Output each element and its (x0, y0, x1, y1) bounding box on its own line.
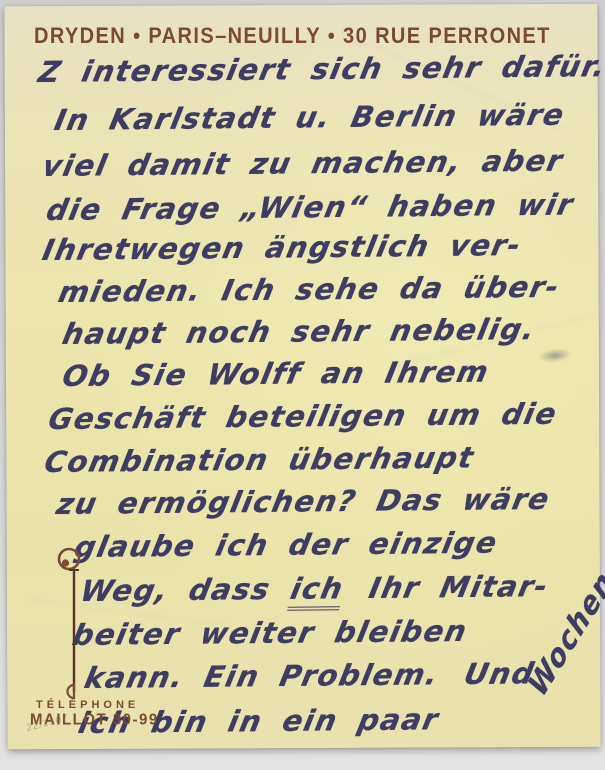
line13-post: Ihr Mitar- (366, 569, 552, 605)
handwriting-line-2: In Karlstadt u. Berlin wäre (52, 101, 567, 135)
telephone-label: TÉLÉPHONE (36, 699, 139, 711)
handwriting-line-7: haupt noch sehr nebelig. (60, 315, 538, 349)
telephone-ornament-icon (50, 544, 100, 704)
handwriting-line-14: beiter weiter bleiben (70, 617, 470, 650)
handwriting-line-5: Ihretwegen ängstlich ver- (40, 231, 524, 265)
handwriting-line-4: die Frage „Wien“ haben wir (44, 190, 576, 225)
handwriting-line-9: Geschäft beteiligen um die (46, 400, 560, 434)
handwriting-line-6: mieden. Ich sehe da über- (56, 273, 562, 307)
line13-pre: Weg, dass (78, 572, 295, 608)
handwriting-line-1: Z interessiert sich sehr dafür. (36, 52, 605, 87)
letterhead-text: DRYDEN • PARIS–NEUILLY • 30 RUE PERRONET (34, 24, 594, 50)
line13-underlined-word: ich (287, 571, 347, 611)
handwriting-line-11: zu ermöglichen? Das wäre (54, 485, 553, 519)
handwriting-line-8: Ob Sie Wolff an Ihrem (60, 358, 492, 391)
handwriting-line-3: viel damit zu machen, aber (40, 147, 566, 181)
handwriting-line-12: glaube ich der einzige (72, 529, 500, 562)
handwriting-line-10: Combination überhaupt (42, 444, 477, 477)
handwriting-line-15: kann. Ein Problem.Und (82, 659, 537, 693)
handwriting-line-13: Weg, dass ichIhr Mitar- (78, 572, 551, 606)
line15-main: kann. Ein Problem. (82, 657, 443, 695)
